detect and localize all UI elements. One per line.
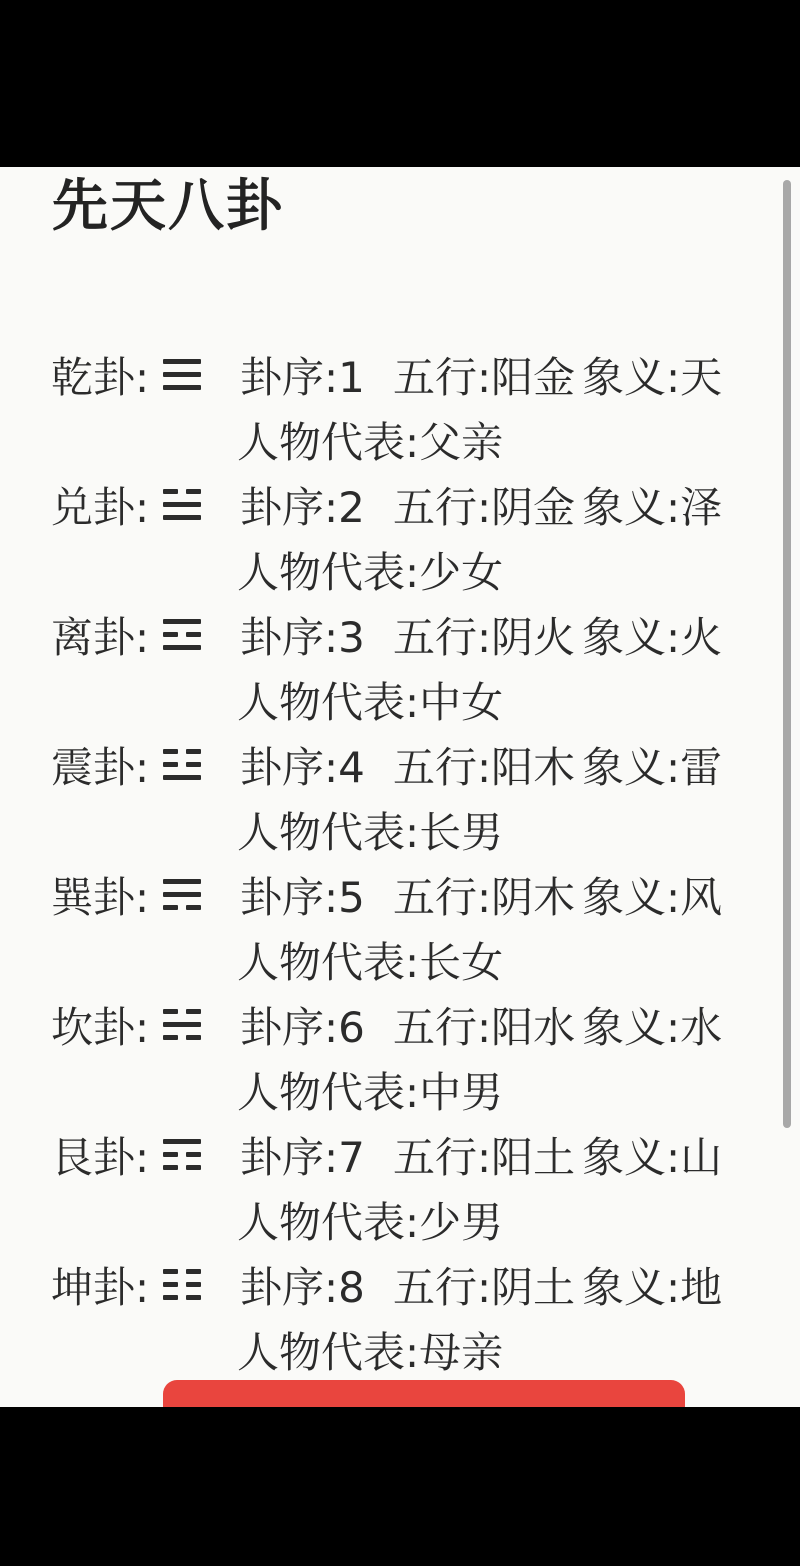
gua-wuxing: 五行:阴木 <box>393 865 582 925</box>
trigram-bars <box>163 1139 201 1170</box>
gua-name-label: 艮卦: <box>51 1125 163 1185</box>
trigram-bars <box>163 359 201 390</box>
trigram-row-person-line: 人物代表:少男 <box>0 1187 800 1252</box>
trigram-row-person-line: 人物代表:中男 <box>0 1057 800 1122</box>
gua-sequence: 卦序:7 <box>240 1125 393 1185</box>
content-area: 先天八卦 乾卦: 卦序:1 五行:阳金 象义:天 人物代表:父亲 兑卦: 卦序:… <box>0 167 800 1407</box>
letterbox-top <box>0 0 800 167</box>
trigram-row: 震卦: 卦序:4 五行:阳木 象义:雷 人物代表:长男 <box>0 732 800 862</box>
gua-person: 人物代表:少女 <box>237 540 503 600</box>
trigram-row-main-line: 震卦: 卦序:4 五行:阳木 象义:雷 <box>0 732 800 797</box>
gua-xiangyi: 象义:火 <box>582 605 800 665</box>
gua-person: 人物代表:中女 <box>237 670 503 730</box>
trigram-icon <box>163 1139 240 1170</box>
gua-person: 人物代表:长男 <box>237 800 503 860</box>
trigram-bars <box>163 879 201 910</box>
gua-person: 人物代表:少男 <box>237 1190 503 1250</box>
trigram-row-main-line: 坎卦: 卦序:6 五行:阳水 象义:水 <box>0 992 800 1057</box>
trigram-row-main-line: 兑卦: 卦序:2 五行:阴金 象义:泽 <box>0 472 800 537</box>
gua-wuxing: 五行:阳木 <box>393 735 582 795</box>
trigram-icon <box>163 489 240 520</box>
trigram-icon <box>163 1269 240 1300</box>
trigram-bars <box>163 1009 201 1040</box>
trigram-icon <box>163 1009 240 1040</box>
gua-name-label: 兑卦: <box>51 475 163 535</box>
gua-sequence: 卦序:1 <box>240 345 393 405</box>
trigram-icon <box>163 749 240 780</box>
trigram-list: 乾卦: 卦序:1 五行:阳金 象义:天 人物代表:父亲 兑卦: 卦序:2 五行:… <box>0 342 800 1382</box>
letterbox-bottom <box>0 1407 800 1566</box>
trigram-icon <box>163 879 240 910</box>
gua-sequence: 卦序:4 <box>240 735 393 795</box>
gua-xiangyi: 象义:泽 <box>582 475 800 535</box>
gua-name-label: 震卦: <box>51 735 163 795</box>
gua-wuxing: 五行:阴金 <box>393 475 582 535</box>
trigram-bars <box>163 1269 201 1300</box>
trigram-row: 坎卦: 卦序:6 五行:阳水 象义:水 人物代表:中男 <box>0 992 800 1122</box>
page-title: 先天八卦 <box>52 173 284 240</box>
gua-person: 人物代表:父亲 <box>237 410 503 470</box>
trigram-bars <box>163 749 201 780</box>
trigram-bars <box>163 619 201 650</box>
gua-xiangyi: 象义:水 <box>582 995 800 1055</box>
gua-wuxing: 五行:阳金 <box>393 345 582 405</box>
gua-name-label: 坤卦: <box>51 1255 163 1315</box>
trigram-row: 离卦: 卦序:3 五行:阴火 象义:火 人物代表:中女 <box>0 602 800 732</box>
screenshot-root: { "page": { "background": "#000000", "co… <box>0 0 800 1566</box>
trigram-row: 乾卦: 卦序:1 五行:阳金 象义:天 人物代表:父亲 <box>0 342 800 472</box>
gua-person: 人物代表:中男 <box>237 1060 503 1120</box>
scrollbar-thumb[interactable] <box>783 180 791 1128</box>
gua-name-label: 离卦: <box>51 605 163 665</box>
gua-name-label: 坎卦: <box>51 995 163 1055</box>
trigram-row: 坤卦: 卦序:8 五行:阴土 象义:地 人物代表:母亲 <box>0 1252 800 1382</box>
gua-sequence: 卦序:8 <box>240 1255 393 1315</box>
gua-xiangyi: 象义:地 <box>582 1255 800 1315</box>
gua-sequence: 卦序:5 <box>240 865 393 925</box>
gua-name-label: 巽卦: <box>51 865 163 925</box>
trigram-row-main-line: 离卦: 卦序:3 五行:阴火 象义:火 <box>0 602 800 667</box>
trigram-row-main-line: 乾卦: 卦序:1 五行:阳金 象义:天 <box>0 342 800 407</box>
trigram-row-person-line: 人物代表:长女 <box>0 927 800 992</box>
trigram-row: 兑卦: 卦序:2 五行:阴金 象义:泽 人物代表:少女 <box>0 472 800 602</box>
trigram-row-main-line: 艮卦: 卦序:7 五行:阳土 象义:山 <box>0 1122 800 1187</box>
gua-person: 人物代表:长女 <box>237 930 503 990</box>
trigram-row-person-line: 人物代表:中女 <box>0 667 800 732</box>
trigram-row-person-line: 人物代表:父亲 <box>0 407 800 472</box>
gua-person: 人物代表:母亲 <box>237 1320 503 1380</box>
gua-sequence: 卦序:2 <box>240 475 393 535</box>
trigram-row-person-line: 人物代表:长男 <box>0 797 800 862</box>
trigram-row-person-line: 人物代表:少女 <box>0 537 800 602</box>
gua-wuxing: 五行:阴土 <box>393 1255 582 1315</box>
trigram-row-person-line: 人物代表:母亲 <box>0 1317 800 1382</box>
gua-wuxing: 五行:阴火 <box>393 605 582 665</box>
gua-sequence: 卦序:3 <box>240 605 393 665</box>
gua-wuxing: 五行:阳水 <box>393 995 582 1055</box>
trigram-row: 艮卦: 卦序:7 五行:阳土 象义:山 人物代表:少男 <box>0 1122 800 1252</box>
gua-xiangyi: 象义:雷 <box>582 735 800 795</box>
trigram-bars <box>163 489 201 520</box>
trigram-icon <box>163 619 240 650</box>
trigram-row-main-line: 坤卦: 卦序:8 五行:阴土 象义:地 <box>0 1252 800 1317</box>
gua-name-label: 乾卦: <box>51 345 163 405</box>
gua-xiangyi: 象义:风 <box>582 865 800 925</box>
trigram-icon <box>163 359 240 390</box>
gua-xiangyi: 象义:天 <box>582 345 800 405</box>
gua-wuxing: 五行:阳土 <box>393 1125 582 1185</box>
gua-sequence: 卦序:6 <box>240 995 393 1055</box>
trigram-row: 巽卦: 卦序:5 五行:阴木 象义:风 人物代表:长女 <box>0 862 800 992</box>
trigram-row-main-line: 巽卦: 卦序:5 五行:阴木 象义:风 <box>0 862 800 927</box>
gua-xiangyi: 象义:山 <box>582 1125 800 1185</box>
